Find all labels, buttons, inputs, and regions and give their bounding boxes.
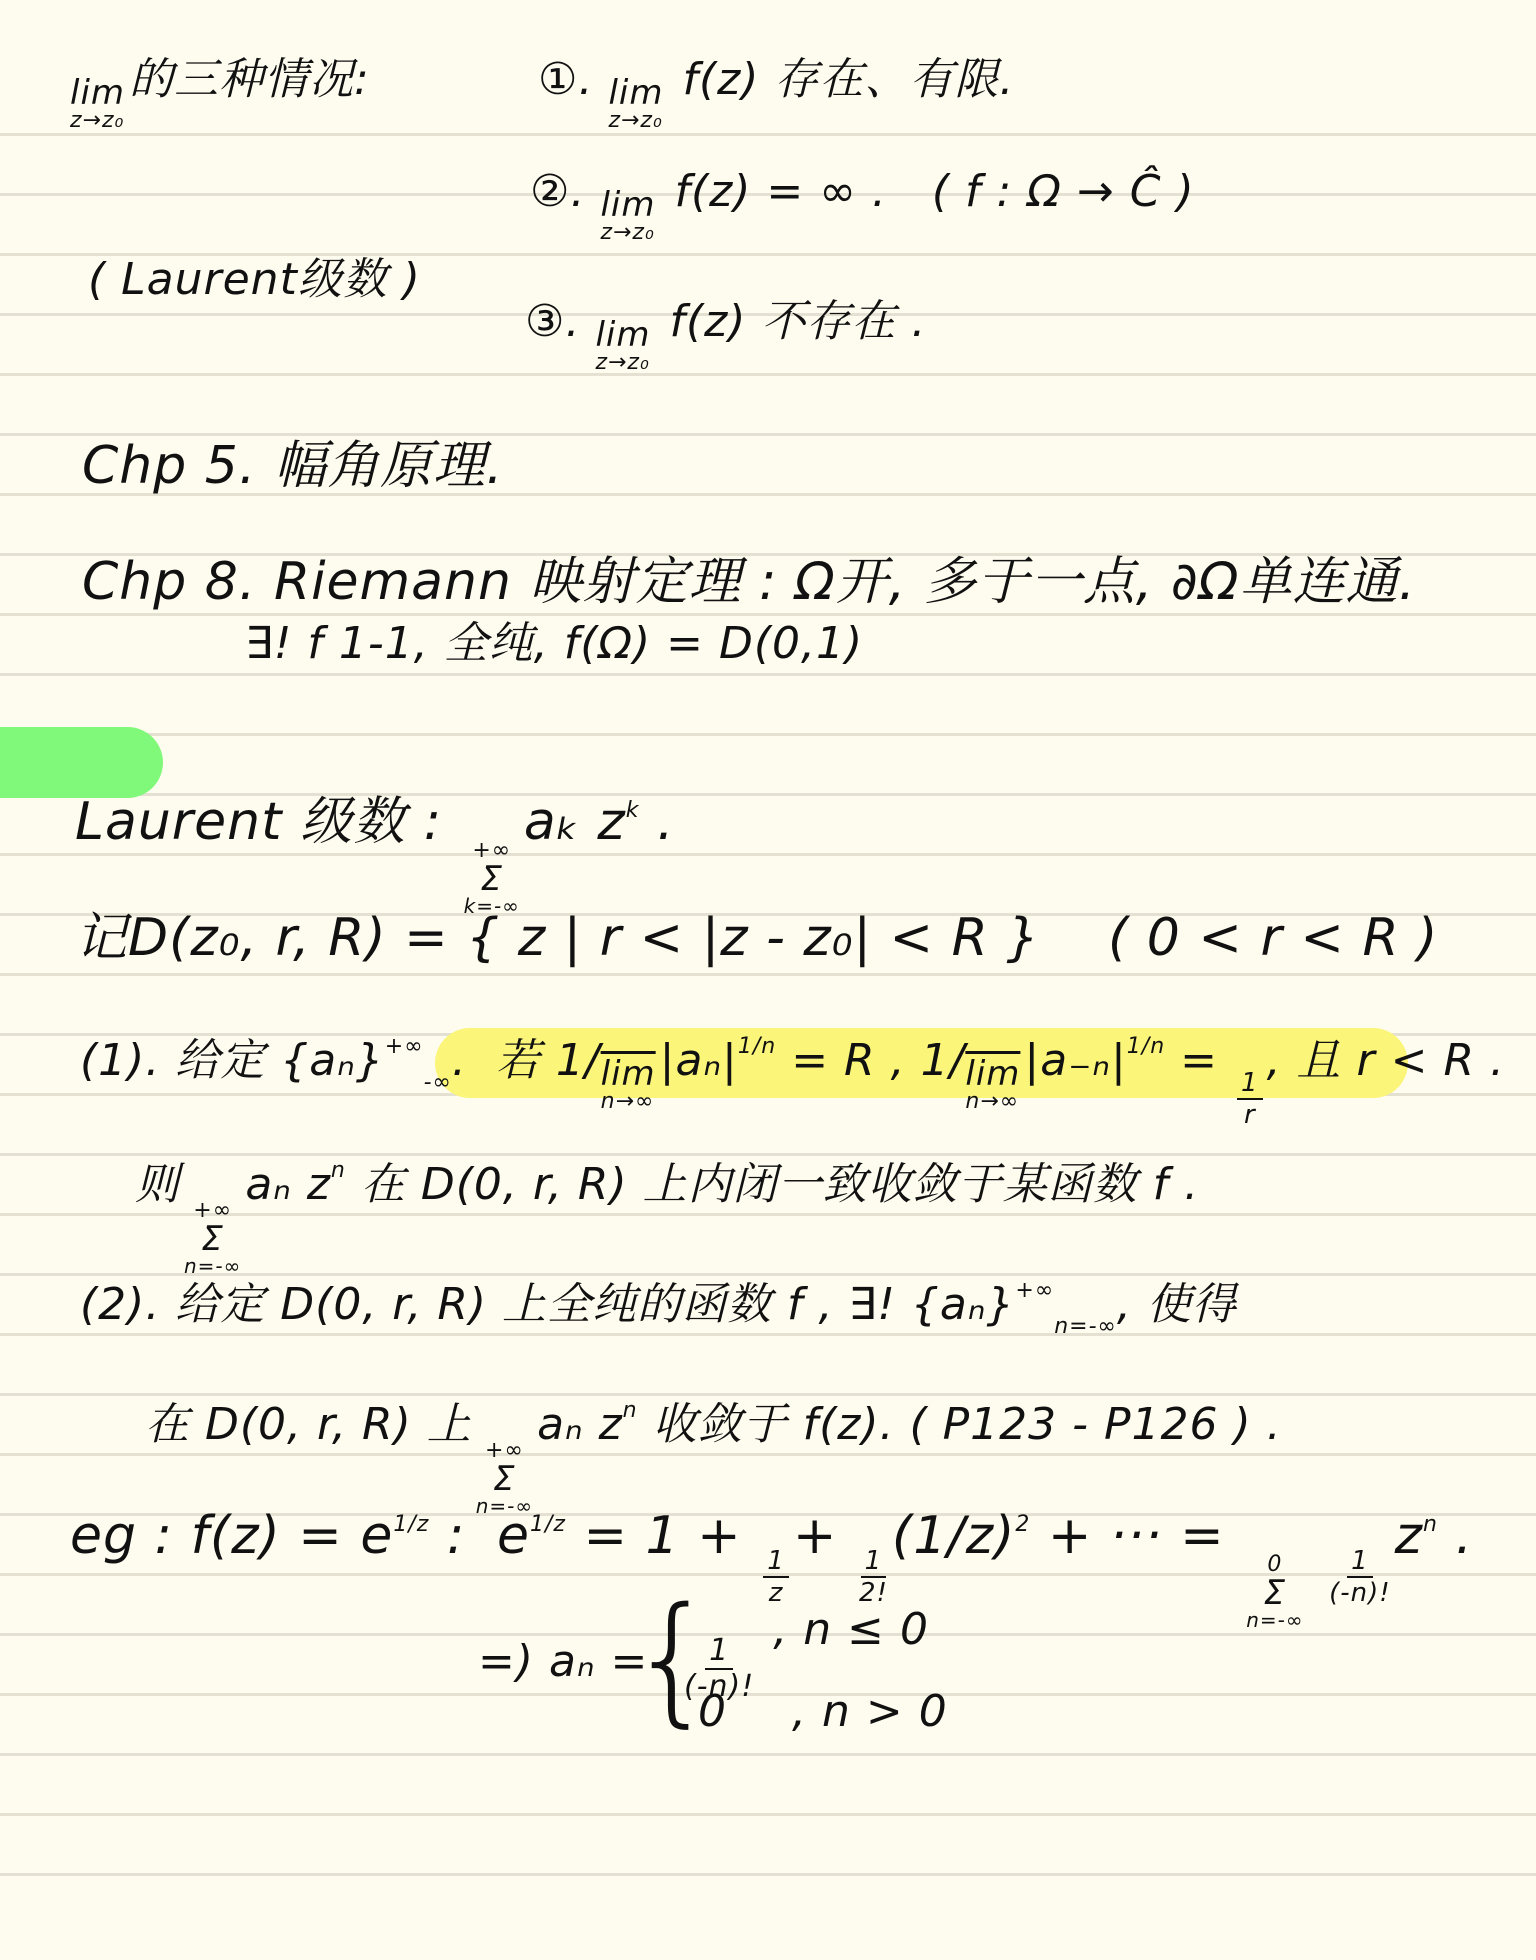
case-3: ③. lim z→z₀ f(z) 不存在 .: [525, 300, 926, 374]
part-1-conclusion: 则 +∞ Σ n=-∞ aₙ zn 在 D(0, r, R) 上内闭一致收敛于某…: [135, 1160, 1199, 1276]
ruled-line: [0, 673, 1536, 676]
limsup-operator: lim n→∞: [601, 1057, 656, 1113]
ruled-line: [0, 1873, 1536, 1876]
sum-operator: +∞ Σ n=-∞: [184, 1200, 241, 1276]
limsup-operator: lim n→∞: [965, 1057, 1020, 1113]
coefficient-result-label: =) aₙ =: [478, 1640, 648, 1684]
ruled-line: [0, 973, 1536, 976]
annulus-definition: 记D(z₀, r, R) = { z | r < |z - z₀| < R } …: [75, 912, 1438, 964]
chapter-8-heading: Chp 8. Riemann 映射定理 : Ω开, 多于一点, ∂Ω单连通.: [82, 556, 1416, 608]
green-tape-marker: [0, 727, 163, 798]
lim-operator: lim z→z₀: [70, 76, 125, 132]
part-1-statement: (1). 给定 {aₙ}+∞-∞. 若 1/ lim n→∞ |aₙ|1/n =…: [80, 1036, 1505, 1128]
fraction: 1 r: [1237, 1070, 1263, 1128]
sum-operator: 0 Σ n=-∞: [1246, 1554, 1303, 1630]
riemann-mapping-statement: ∃! f 1-1, 全纯, f(Ω) = D(0,1): [245, 622, 863, 666]
fraction: 1 (-n)!: [1329, 1548, 1391, 1606]
ruled-line: [0, 1753, 1536, 1756]
ruled-line: [0, 613, 1536, 616]
ruled-line: [0, 1153, 1536, 1156]
ruled-line: [0, 1393, 1536, 1396]
ruled-line: [0, 1813, 1536, 1816]
fraction: 1 2!: [859, 1548, 888, 1606]
case-2: ②. lim z→z₀ f(z) = ∞ . ( f : Ω → Ĉ ): [530, 170, 1195, 244]
lim-operator: lim z→z₀: [600, 188, 655, 244]
sum-operator: +∞ Σ n=-∞: [476, 1440, 533, 1516]
lim-operator: lim z→z₀: [595, 318, 650, 374]
sum-operator: +∞ Σ k=-∞: [464, 840, 520, 916]
ruled-line: [0, 733, 1536, 736]
limits-heading: lim z→z₀ 的三种情况:: [70, 58, 370, 132]
part-2-statement: (2). 给定 D(0, r, R) 上全纯的函数 f , ∃! {aₙ}+∞n…: [80, 1280, 1237, 1338]
laurent-side-note: ( Laurent级数 ): [88, 258, 421, 302]
lim-operator: lim z→z₀: [608, 76, 663, 132]
part-2-conclusion: 在 D(0, r, R) 上 +∞ Σ n=-∞ aₙ zn 收敛于 f(z).…: [145, 1400, 1282, 1516]
case-1: ①. lim z→z₀ f(z) 存在、有限.: [538, 58, 1014, 132]
codomain-note: ( f : Ω → Ĉ ): [932, 166, 1195, 217]
piecewise-case-2: 0 , n > 0: [698, 1690, 948, 1734]
fraction: 1 z: [763, 1548, 789, 1606]
laurent-series-definition: Laurent 级数 : +∞ Σ k=-∞ aₖ zk .: [75, 796, 675, 916]
chapter-5-heading: Chp 5. 幅角原理.: [82, 440, 503, 492]
ruled-line: [0, 133, 1536, 136]
